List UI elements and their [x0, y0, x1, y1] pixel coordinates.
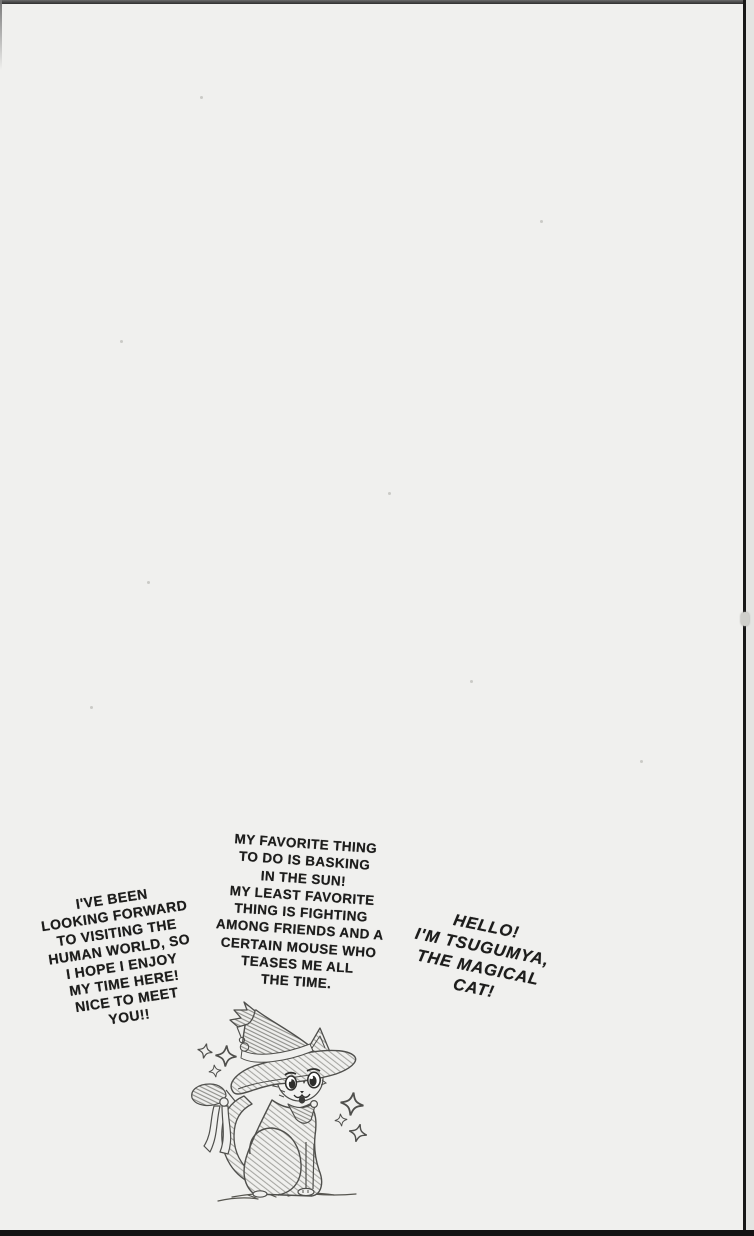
page-bottom-edge: [0, 1230, 754, 1236]
page-left-edge: [0, 0, 2, 70]
witch-hat-cone: [230, 1002, 313, 1062]
paper-speck: [147, 581, 150, 584]
tail-ribbon-bow: [192, 1084, 235, 1154]
sparkle-icon: [334, 1091, 369, 1144]
right-eye-glint: [310, 1076, 313, 1079]
paper-speck: [90, 706, 93, 709]
page-top-edge: [0, 0, 754, 4]
manga-page: I'VE BEEN LOOKING FORWARD TO VISITING TH…: [0, 0, 754, 1236]
paper-speck: [640, 760, 643, 763]
scan-edge-notch: [741, 612, 749, 626]
paper-speck: [200, 96, 203, 99]
paper-speck: [388, 492, 391, 495]
sparkle-icon: [196, 1042, 237, 1078]
left-eye-glint: [289, 1079, 292, 1082]
speech-text-center: MY FAVORITE THING TO DO IS BASKING IN TH…: [200, 828, 402, 997]
paper-speck: [120, 340, 123, 343]
paper-speck: [540, 220, 543, 223]
speech-text-right: HELLO! I'M TSUGUMYA, THE MAGICAL CAT!: [389, 900, 570, 1016]
open-mouth: [299, 1096, 305, 1103]
cat-witch-illustration: [160, 994, 405, 1222]
paper-speck: [470, 680, 473, 683]
